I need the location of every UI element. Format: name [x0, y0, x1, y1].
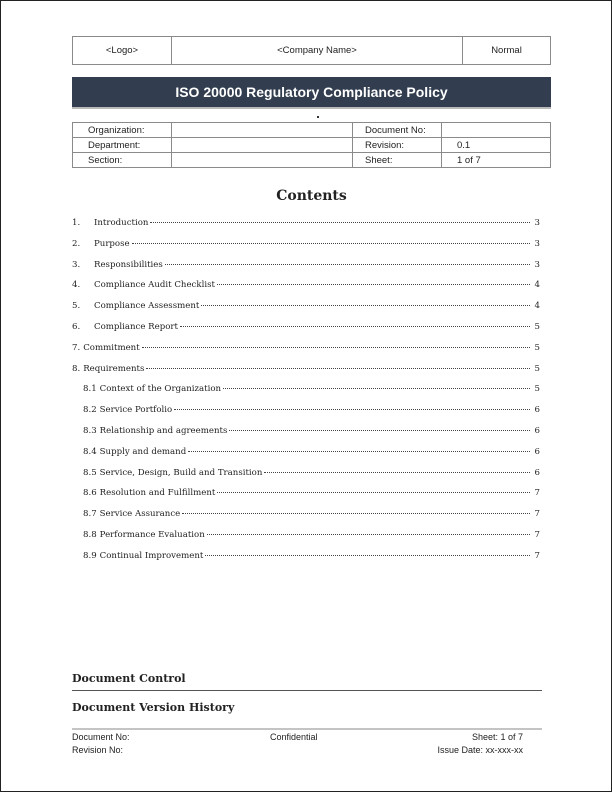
- toc-entry-number: 8.6: [83, 488, 97, 498]
- toc-entry-label[interactable]: Service Assurance: [100, 509, 181, 519]
- toc-entry-label[interactable]: Compliance Assessment: [94, 301, 199, 311]
- toc-dot-leader: [229, 430, 530, 431]
- toc-dot-leader: [207, 534, 530, 535]
- anchor-mark: [317, 116, 319, 118]
- toc-entry-number: 8.2: [83, 405, 97, 415]
- toc-dot-leader: [205, 555, 530, 556]
- section-value: [172, 153, 353, 168]
- toc-entry[interactable]: 1.Introduction3: [72, 218, 540, 239]
- toc-entry-label[interactable]: Relationship and agreements: [100, 426, 228, 436]
- toc-entry[interactable]: 2.Purpose3: [72, 239, 540, 260]
- toc-entry-label[interactable]: Requirements: [83, 364, 144, 374]
- company-name: <Company Name>: [172, 37, 463, 64]
- toc-dot-leader: [223, 388, 530, 389]
- toc-entry-page: 7: [532, 530, 540, 540]
- document-info-table: Organization: Document No: Department: R…: [72, 122, 551, 168]
- toc-entry-page: 6: [532, 468, 540, 478]
- footer-sheet: Sheet: 1 of 7: [472, 731, 523, 744]
- document-no-value: [442, 123, 551, 138]
- toc-entry-page: 6: [532, 426, 540, 436]
- toc-entry-page: 7: [532, 551, 540, 561]
- toc-entry-number: 7.: [72, 343, 80, 353]
- toc-entry-page: 5: [532, 343, 540, 353]
- toc-entry-label[interactable]: Compliance Audit Checklist: [94, 280, 215, 290]
- page-footer: Document No: Confidential Sheet: 1 of 7 …: [72, 731, 523, 757]
- toc-entry[interactable]: 8.2Service Portfolio6: [72, 405, 540, 426]
- toc-entry-page: 3: [532, 239, 540, 249]
- footer-row-1: Document No: Confidential Sheet: 1 of 7: [72, 731, 523, 744]
- section-label: Section:: [73, 153, 172, 168]
- toc-entry-number: 8.3: [83, 426, 97, 436]
- toc-entry-page: 5: [532, 384, 540, 394]
- toc-entry-label[interactable]: Continual Improvement: [100, 551, 204, 561]
- footer-document-no: Document No:: [72, 731, 130, 744]
- toc-dot-leader: [165, 264, 530, 265]
- toc-entry-label[interactable]: Performance Evaluation: [100, 530, 205, 540]
- toc-entry[interactable]: 4.Compliance Audit Checklist4: [72, 280, 540, 301]
- toc-entry[interactable]: 8.5Service, Design, Build and Transition…: [72, 468, 540, 489]
- toc-dot-leader: [182, 513, 530, 514]
- toc-entry-number: 8.9: [83, 551, 97, 561]
- toc-entry-label[interactable]: Responsibilities: [94, 260, 163, 270]
- toc-entry-page: 4: [532, 280, 540, 290]
- toc-entry-label[interactable]: Service Portfolio: [100, 405, 173, 415]
- toc-dot-leader: [188, 451, 530, 452]
- toc-dot-leader: [201, 305, 530, 306]
- document-control-heading: Document Control: [72, 672, 186, 685]
- revision-label: Revision:: [353, 138, 442, 153]
- toc-dot-leader: [142, 347, 530, 348]
- divider: [72, 690, 542, 691]
- toc-entry-page: 3: [532, 260, 540, 270]
- toc-entry-page: 5: [532, 322, 540, 332]
- toc-entry-number: 6.: [72, 322, 94, 332]
- toc-entry-page: 5: [532, 364, 540, 374]
- toc-entry-number: 4.: [72, 280, 94, 290]
- toc-entry-label[interactable]: Compliance Report: [94, 322, 178, 332]
- toc-entry[interactable]: 8.3Relationship and agreements6: [72, 426, 540, 447]
- revision-value: 0.1: [442, 138, 551, 153]
- toc-dot-leader: [180, 326, 530, 327]
- toc-entry-number: 8.1: [83, 384, 97, 394]
- department-label: Department:: [73, 138, 172, 153]
- toc-entry-page: 4: [532, 301, 540, 311]
- toc-entry[interactable]: 3.Responsibilities3: [72, 260, 540, 281]
- toc-entry[interactable]: 7.Commitment5: [72, 343, 540, 364]
- toc-dot-leader: [264, 472, 530, 473]
- toc-entry-number: 3.: [72, 260, 94, 270]
- contents-heading: Contents: [72, 188, 551, 204]
- toc-dot-leader: [132, 243, 530, 244]
- toc-entry-number: 2.: [72, 239, 94, 249]
- table-of-contents: 1.Introduction32.Purpose33.Responsibilit…: [72, 218, 540, 572]
- toc-entry-number: 8.8: [83, 530, 97, 540]
- toc-entry-page: 3: [532, 218, 540, 228]
- footer-issue-date: Issue Date: xx-xxx-xx: [437, 744, 523, 757]
- document-version-history-heading: Document Version History: [72, 701, 234, 714]
- toc-entry-label[interactable]: Supply and demand: [100, 447, 187, 457]
- toc-entry-page: 6: [532, 447, 540, 457]
- toc-entry-number: 8.5: [83, 468, 97, 478]
- toc-entry-page: 7: [532, 488, 540, 498]
- toc-entry-number: 8.4: [83, 447, 97, 457]
- classification-label: Normal: [463, 37, 550, 64]
- footer-revision-no: Revision No:: [72, 744, 123, 757]
- document-no-label: Document No:: [353, 123, 442, 138]
- toc-entry[interactable]: 8.8Performance Evaluation7: [72, 530, 540, 551]
- toc-dot-leader: [174, 409, 530, 410]
- info-row-organization: Organization: Document No:: [73, 123, 551, 138]
- toc-entry-page: 6: [532, 405, 540, 415]
- toc-entry-label[interactable]: Resolution and Fulfillment: [100, 488, 216, 498]
- toc-dot-leader: [217, 284, 530, 285]
- toc-entry[interactable]: 8.6Resolution and Fulfillment7: [72, 488, 540, 509]
- document-header-table: <Logo> <Company Name> Normal: [72, 36, 551, 65]
- toc-entry-label[interactable]: Purpose: [94, 239, 130, 249]
- toc-entry[interactable]: 8.Requirements5: [72, 364, 540, 385]
- footer-confidential: Confidential: [270, 731, 318, 744]
- toc-entry-number: 1.: [72, 218, 94, 228]
- info-row-section: Section: Sheet: 1 of 7: [73, 153, 551, 168]
- sheet-value: 1 of 7: [442, 153, 551, 168]
- sheet-label: Sheet:: [353, 153, 442, 168]
- toc-entry-page: 7: [532, 509, 540, 519]
- footer-row-2: Revision No: Issue Date: xx-xxx-xx: [72, 744, 523, 757]
- footer-divider: [72, 728, 542, 730]
- toc-entry[interactable]: 5.Compliance Assessment4: [72, 301, 540, 322]
- toc-dot-leader: [217, 492, 530, 493]
- toc-entry-number: 8.: [72, 364, 80, 374]
- toc-dot-leader: [146, 368, 530, 369]
- organization-value: [172, 123, 353, 138]
- document-title: ISO 20000 Regulatory Compliance Policy: [72, 77, 551, 109]
- toc-entry-label[interactable]: Context of the Organization: [100, 384, 221, 394]
- toc-entry[interactable]: 8.9Continual Improvement7: [72, 551, 540, 572]
- logo-placeholder: <Logo>: [73, 37, 172, 64]
- toc-entry-label[interactable]: Introduction: [94, 218, 148, 228]
- toc-entry[interactable]: 8.1Context of the Organization5: [72, 384, 540, 405]
- organization-label: Organization:: [73, 123, 172, 138]
- toc-entry[interactable]: 6.Compliance Report5: [72, 322, 540, 343]
- toc-entry-label[interactable]: Service, Design, Build and Transition: [100, 468, 263, 478]
- toc-entry[interactable]: 8.7Service Assurance7: [72, 509, 540, 530]
- toc-dot-leader: [150, 222, 530, 223]
- toc-entry-number: 5.: [72, 301, 94, 311]
- toc-entry-label[interactable]: Commitment: [83, 343, 139, 353]
- toc-entry[interactable]: 8.4Supply and demand6: [72, 447, 540, 468]
- toc-entry-number: 8.7: [83, 509, 97, 519]
- info-row-department: Department: Revision: 0.1: [73, 138, 551, 153]
- department-value: [172, 138, 353, 153]
